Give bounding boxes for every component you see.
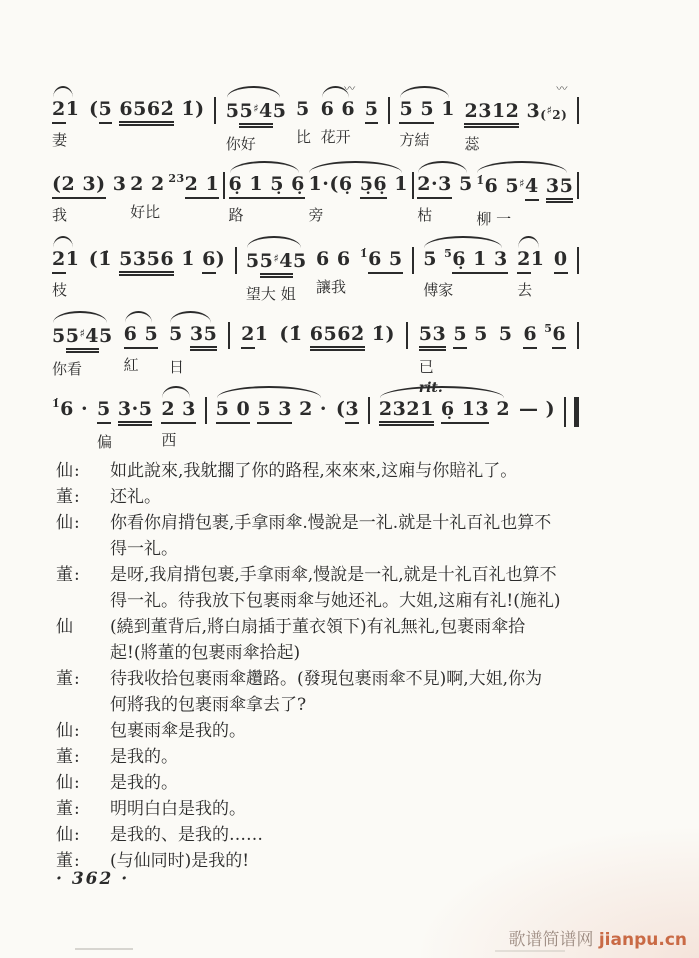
dialogue-row: 仙:是我的。 <box>56 770 666 796</box>
note-group: 6 56 <box>523 309 566 349</box>
trill-icon: 〰 <box>556 80 565 96</box>
notes: 6 56 <box>523 322 566 349</box>
notes: 0 <box>554 247 568 274</box>
slur-arc <box>230 161 299 173</box>
lyric: 比 <box>296 126 311 147</box>
notes: (3 <box>336 397 359 424</box>
lyric: 日 <box>169 356 184 377</box>
lyric: 望大 姐 <box>246 283 296 304</box>
notes: 55♯45 <box>52 322 113 353</box>
note-group: 2 3西 <box>161 384 196 450</box>
note-group: 232 1 <box>168 159 219 199</box>
speaker-label: 仙: <box>56 510 110 562</box>
slur-arc <box>125 311 153 323</box>
lyric: 你看 <box>52 358 82 379</box>
lyric: 紅 <box>124 354 139 375</box>
lyric: 妻 <box>52 129 67 150</box>
notes: 1̇6 5 <box>360 247 403 274</box>
trill-icon: 〰 <box>344 80 353 96</box>
notes: 5 5 1 <box>399 97 454 124</box>
note-group: 21 <box>241 309 268 349</box>
dialogue-row: 董:是呀,我肩揹包裹,手拿雨傘,慢說是一礼,就是十礼百礼也算不得一礼。待我放下包… <box>56 562 666 614</box>
slur-arc <box>227 86 281 98</box>
note-group: 2 2好比 <box>130 159 165 222</box>
note-group: 55♯45你看 <box>52 309 113 379</box>
dialogue-line: 得一礼。待我放下包裹雨傘与她还礼。大姐,这廂有礼!(施礼) <box>110 588 561 614</box>
note-group: (2 3) 3我 <box>52 159 126 225</box>
dialogue-line: 是我的。 <box>110 744 178 770</box>
page-number: · 362 · <box>56 869 129 889</box>
dialogue-row: 董:是我的。 <box>56 744 666 770</box>
barline <box>577 172 579 199</box>
note-group: 21去 <box>517 234 544 300</box>
slur-arc <box>53 311 107 323</box>
note-group: 5 35日 <box>169 309 217 377</box>
dialogue-line: 如此說來,我躭擱了你的路程,來來來,这廂与你賠礼了。 <box>110 458 517 484</box>
dialogue-row: 仙(繞到董背后,將白扇插于董衣領下)有礼無礼,包裹雨傘拾起!(將董的包裹雨傘拾起… <box>56 614 666 666</box>
notes: 6 5 <box>124 322 159 349</box>
dialogue-text: 明明白白是我的。 <box>110 796 246 822</box>
lyric: 枯 <box>417 204 432 225</box>
watermark-site-name: 歌谱简谱网 <box>508 930 593 950</box>
music-system: (2 3) 3我2 2好比232 16̣ 1 5̣ 6̣路1·(6̣ 5̣6̣ … <box>52 159 579 234</box>
notes: 5 35 <box>169 322 217 351</box>
note-group: 2·3 5枯 <box>417 159 472 225</box>
lyric: 你好 <box>226 133 256 154</box>
note-group: 1̇6 5♯4 35柳 一 <box>476 159 573 229</box>
notes: 5 <box>296 97 310 121</box>
dialogue-text: 还礼。 <box>110 484 161 510</box>
slur-arc <box>400 86 448 98</box>
note-group: 1̇6 · <box>52 384 88 424</box>
note-group: 5比 <box>296 84 311 147</box>
lyric: 我 <box>52 204 67 225</box>
dialogue-line: 是我的、是我的…… <box>110 822 263 848</box>
watermark: 歌谱简谱网 jianpu.cn <box>508 925 687 950</box>
slur-arc <box>162 386 190 398</box>
lyric: 已 <box>419 356 434 377</box>
notes: 21 <box>517 247 544 274</box>
dialogue-text: 你看你肩揹包裹,手拿雨傘.慢說是一礼.就是十礼百礼也算不得一礼。 <box>110 510 551 562</box>
speaker-label: 仙: <box>56 770 110 796</box>
dialogue-row: 董:待我收拾包裹雨傘趲路。(發現包裹雨傘不見)啊,大姐,你为何將我的包裹雨傘拿去… <box>56 666 666 718</box>
dialogue-row: 仙:包裹雨傘是我的。 <box>56 718 666 744</box>
note-group: 1̇6 5 <box>360 234 403 274</box>
notes: — ) <box>519 397 555 421</box>
note-group: 55♯45望大 姐 <box>246 234 307 304</box>
notes: (5 6562̇ 1̇) <box>89 97 205 126</box>
barline <box>368 397 370 424</box>
slur-arc <box>380 386 504 398</box>
barline <box>412 247 414 274</box>
dialogue-line: (繞到董背后,將白扇插于董衣領下)有礼無礼,包裹雨傘拾 <box>110 614 525 640</box>
dialogue-text: (与仙同时)是我的! <box>110 848 249 874</box>
lyric: 方結 <box>399 129 429 150</box>
note-group: 5 3·5偏 <box>97 384 152 452</box>
notes: (1̇ 6562̇ 1̇) <box>279 322 395 351</box>
dialogue-line: 得一礼。 <box>110 536 551 562</box>
note-group: 5 <box>365 84 379 124</box>
barline <box>228 322 230 349</box>
notes: 232 1 <box>168 172 219 199</box>
speaker-label: 仙: <box>56 822 110 848</box>
notes: 2 2 <box>130 172 165 196</box>
slur-arc <box>170 311 211 323</box>
dialogue-line: 你看你肩揹包裹,手拿雨傘.慢說是一礼.就是十礼百礼也算不 <box>110 510 551 536</box>
scan-artifact <box>495 950 565 952</box>
notes: 2·3 5 <box>417 172 472 199</box>
barline <box>223 172 225 199</box>
dialogue-line: 待我收拾包裹雨傘趲路。(發現包裹雨傘不見)啊,大姐,你为 <box>110 666 542 692</box>
notes: 1·(6̣ 5̣6̣ 1 <box>308 172 408 199</box>
slur-arc <box>53 236 73 248</box>
dialogue-text: 是我的。 <box>110 744 178 770</box>
dialogue-row: 董:明明白白是我的。 <box>56 796 666 822</box>
notes: 5 3·5 <box>97 397 152 426</box>
speaker-label: 董: <box>56 562 110 614</box>
scan-artifact <box>75 948 133 950</box>
dialogue-text: 是我的、是我的…… <box>110 822 263 848</box>
notes: (2 3) 3 <box>52 172 126 199</box>
note-group: 0 <box>554 234 568 274</box>
dialogue-row: 仙:你看你肩揹包裹,手拿雨傘.慢說是一礼.就是十礼百礼也算不得一礼。 <box>56 510 666 562</box>
notes: 53 5 5 <box>419 322 488 351</box>
note-group: 21枝 <box>52 234 79 300</box>
speaker-label: 董: <box>56 666 110 718</box>
notes: 1̇6 5♯4 35 <box>476 172 573 203</box>
lyric: 讓我 <box>316 276 346 297</box>
speaker-label: 仙: <box>56 718 110 744</box>
lyric: 西 <box>161 429 176 450</box>
scanned-score-page: { "page": {"background":"#fbfaf6","ink":… <box>0 0 699 958</box>
notes: 5 56̣ 1 3 <box>423 247 507 274</box>
notes: 6̣ 1 5̣ 6̣ <box>229 172 305 199</box>
dialogue-row: 仙:是我的、是我的…… <box>56 822 666 848</box>
notes: 5 <box>499 322 513 346</box>
speaker-label: 董: <box>56 796 110 822</box>
notes: 5 <box>365 97 379 124</box>
dialogue-line: 何將我的包裹雨傘拿去了? <box>110 692 542 718</box>
note-group: 〰2312 3(♯2)蕊 <box>464 84 567 154</box>
note-group: 1·(6̣ 5̣6̣ 1旁 <box>308 159 408 225</box>
lyric: 旁 <box>308 204 323 225</box>
dialogue-line: 起!(將董的包裹雨傘拾起) <box>110 640 525 666</box>
dialogue-text: 包裹雨傘是我的。 <box>110 718 246 744</box>
lyric: 去 <box>517 279 532 300</box>
notes: 2312 3(♯2) <box>464 97 567 128</box>
final-barline <box>564 397 579 427</box>
note-group: 53 5 5已rit. <box>419 309 488 396</box>
dialogue-row: 仙:如此說來,我躭擱了你的路程,來來來,这廂与你賠礼了。 <box>56 458 666 484</box>
barline <box>214 97 216 124</box>
lyric: 花开 <box>321 126 351 147</box>
speaker-label: 仙: <box>56 458 110 484</box>
lyric: 枝 <box>52 279 67 300</box>
lyric: 偏 <box>97 431 112 452</box>
dialogue-line: 是我的。 <box>110 770 178 796</box>
note-group: (1̇ 5356 1̇ 6) <box>89 234 226 276</box>
dialogue: 仙:如此說來,我躭擱了你的路程,來來來,这廂与你賠礼了。董:还礼。仙:你看你肩揹… <box>56 458 666 874</box>
note-group: — ) <box>519 384 555 421</box>
music-system: 1̇6 ·5 3·5偏2 3西5 0 5 3 2 ·(32321 6̣ 13 2… <box>52 384 579 459</box>
lyric: 柳 一 <box>476 208 511 229</box>
watermark-site-url: jianpu.cn <box>599 930 687 950</box>
barline <box>235 247 237 274</box>
slur-arc <box>477 161 567 173</box>
slur-arc <box>518 236 538 248</box>
dialogue-row: 董:还礼。 <box>56 484 666 510</box>
barline <box>412 172 414 199</box>
note-group: 〰6 6花开 <box>321 84 356 147</box>
slur-arc <box>217 386 321 398</box>
dialogue-line: 明明白白是我的。 <box>110 796 246 822</box>
dialogue-text: 待我收拾包裹雨傘趲路。(發現包裹雨傘不見)啊,大姐,你为何將我的包裹雨傘拿去了? <box>110 666 542 718</box>
dialogue-text: (繞到董背后,將白扇插于董衣領下)有礼無礼,包裹雨傘拾起!(將董的包裹雨傘拾起) <box>110 614 525 666</box>
lyric: 蕊 <box>464 133 479 154</box>
note-group: 5 <box>499 309 513 346</box>
notes: 6 6 <box>321 97 356 121</box>
barline <box>388 97 390 124</box>
note-group: 2321 6̣ 13 2 <box>379 384 510 426</box>
notes: 6 6 <box>316 247 351 271</box>
notes: 55♯45 <box>226 97 287 128</box>
notes: (1̇ 5356 1̇ 6) <box>89 247 226 276</box>
lyric: 路 <box>229 204 244 225</box>
note-group: 21妻 <box>52 84 79 150</box>
slur-arc <box>309 161 402 173</box>
note-group: 6 6讓我 <box>316 234 351 297</box>
note-group: 5 5 1方結 <box>399 84 454 150</box>
speaker-label: 董: <box>56 484 110 510</box>
dialogue-line: 包裹雨傘是我的。 <box>110 718 246 744</box>
dialogue-text: 是我的。 <box>110 770 178 796</box>
notes: 55♯45 <box>246 247 307 278</box>
notes: 21 <box>241 322 268 349</box>
speaker-label: 仙 <box>56 614 110 666</box>
notes: 21 <box>52 247 79 274</box>
note-group: 5 56̣ 1 3傅家 <box>423 234 507 300</box>
dialogue-text: 是呀,我肩揹包裹,手拿雨傘,慢說是一礼,就是十礼百礼也算不得一礼。待我放下包裹雨… <box>110 562 561 614</box>
slur-arc <box>53 86 73 98</box>
dialogue-line: 还礼。 <box>110 484 161 510</box>
notes: 5 0 5 3 2 · <box>216 397 327 424</box>
note-group: (5 6562̇ 1̇) <box>89 84 205 126</box>
slur-arc <box>424 236 501 248</box>
notes: 2 3 <box>161 397 196 424</box>
note-group: 5 0 5 3 2 · <box>216 384 327 424</box>
barline <box>205 397 207 424</box>
slur-arc <box>247 236 301 248</box>
music-system: 55♯45你看6 5紅5 35日21(1̇ 6562̇ 1̇)53 5 5已ri… <box>52 309 579 384</box>
notes: 21 <box>52 97 79 124</box>
dialogue-row: 董:(与仙同时)是我的! <box>56 848 666 874</box>
note-group: 55♯45你好 <box>226 84 287 154</box>
music-system: 21枝(1̇ 5356 1̇ 6)55♯45望大 姐6 6讓我1̇6 55 56… <box>52 234 579 309</box>
dialogue-line: (与仙同时)是我的! <box>110 848 249 874</box>
note-group: (1̇ 6562̇ 1̇) <box>279 309 395 351</box>
barline <box>577 247 579 274</box>
barline <box>577 322 579 349</box>
lyric: 好比 <box>130 201 160 222</box>
barline <box>577 97 579 124</box>
dialogue-text: 如此說來,我躭擱了你的路程,來來來,这廂与你賠礼了。 <box>110 458 517 484</box>
notes: 2321 6̣ 13 2 <box>379 397 510 426</box>
note-group: 6̣ 1 5̣ 6̣路 <box>229 159 305 225</box>
dialogue-line: 是呀,我肩揹包裹,手拿雨傘,慢說是一礼,就是十礼百礼也算不 <box>110 562 561 588</box>
speaker-label: 董: <box>56 744 110 770</box>
slur-arc <box>418 161 466 173</box>
music-system: 21妻(5 6562̇ 1̇)55♯45你好5比〰6 6花开55 5 1方結〰2… <box>52 84 579 159</box>
note-group: 6 5紅 <box>124 309 159 375</box>
barline <box>406 322 408 349</box>
note-group: (3 <box>336 384 359 424</box>
lyric: 傅家 <box>423 279 453 300</box>
notes: 1̇6 · <box>52 397 88 424</box>
score: 21妻(5 6562̇ 1̇)55♯45你好5比〰6 6花开55 5 1方結〰2… <box>52 84 579 459</box>
